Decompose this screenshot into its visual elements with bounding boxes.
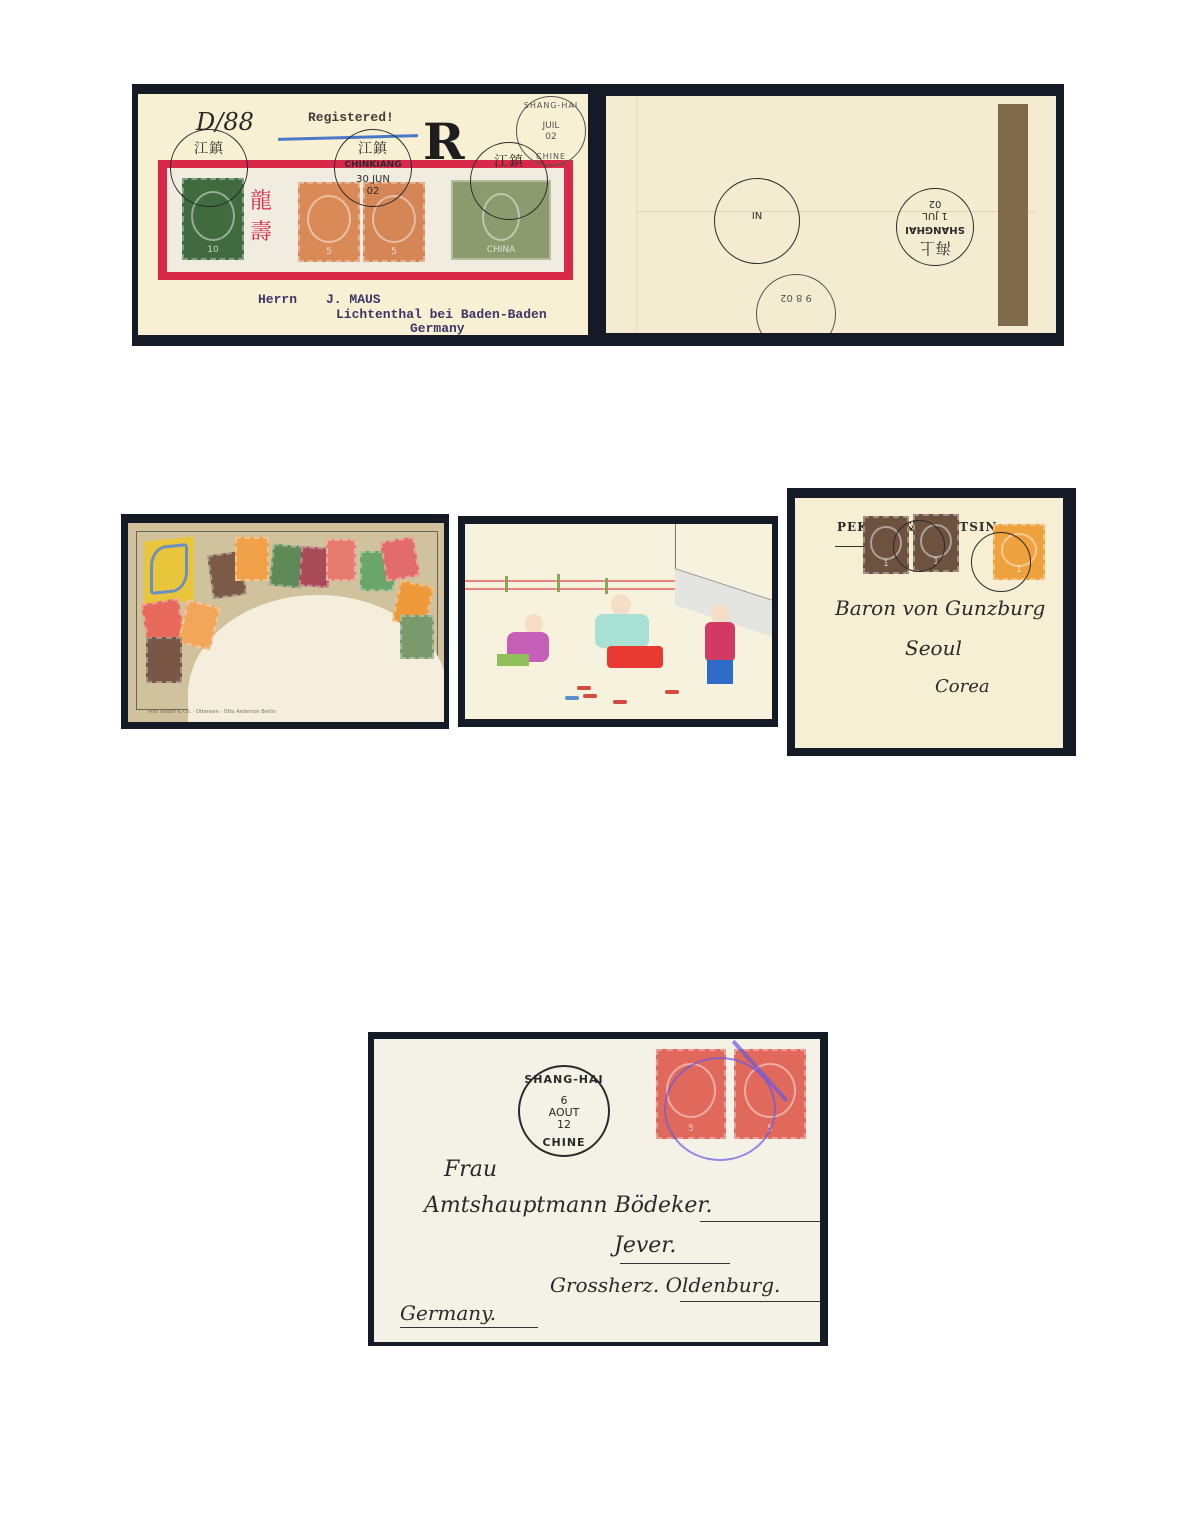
- shanghai-cover: 5 5 SHANG-HAI 6 AOUT 12 CHINE Frau Amtsh…: [374, 1039, 820, 1342]
- registered-cover-back: NI 海上 SHANGHAI 1 JUL 02 9 8 02: [606, 96, 1056, 333]
- game-piece: [583, 694, 597, 698]
- shanghai-cover-frame: 5 5 SHANG-HAI 6 AOUT 12 CHINE Frau Amtsh…: [368, 1032, 828, 1346]
- address-line1: Frau: [444, 1157, 497, 1182]
- child-standing-head: [711, 604, 729, 624]
- address-line5: Germany.: [400, 1301, 496, 1325]
- postcard-imprint: Max Weber & Co. · Ottensen · Otto Anders…: [148, 709, 276, 715]
- game-piece: [613, 700, 627, 704]
- fence-post-3: [605, 578, 608, 594]
- fold-line: [636, 211, 1036, 212]
- postmark-tientsin-left: [893, 520, 945, 572]
- underline-jever: [620, 1263, 730, 1264]
- child-kneeling-head: [525, 614, 543, 634]
- game-piece: [565, 696, 579, 700]
- child-kneeling: [493, 614, 563, 670]
- registered-cover-front: D/88 Registered! R 10 龍壽 5 5 CHINA 江鎮 江鎮…: [138, 94, 588, 335]
- game-piece: [577, 686, 591, 690]
- child-standing: [703, 604, 739, 704]
- stamp-postcard: Max Weber & Co. · Ottensen · Otto Anders…: [128, 523, 444, 722]
- postmark-shanghai-front: SHANG-HAI JUIL 02 CHINE: [516, 96, 586, 166]
- registered-label: Registered!: [308, 110, 394, 125]
- sealing-tape: [998, 104, 1028, 326]
- child-standing-legs: [707, 660, 733, 684]
- child-kicking-head: [611, 594, 631, 616]
- fence-rail-bottom: [465, 588, 675, 590]
- underline-oldenburg: [680, 1301, 820, 1302]
- postmark-chinkiang-center: 江鎮 CHINKIANG 30 JUN 02: [334, 129, 412, 207]
- child-kicking-body: [595, 614, 649, 648]
- child-standing-body: [705, 622, 735, 662]
- registered-cover-front-frame: D/88 Registered! R 10 龍壽 5 5 CHINA 江鎮 江鎮…: [132, 84, 598, 346]
- postmark-back-shanghai: 海上 SHANGHAI 1 JUL 02: [896, 188, 974, 266]
- child-kicking-legs: [607, 646, 663, 668]
- underline-germany: [400, 1327, 538, 1328]
- postmark-chinkiang-left: 江鎮: [170, 129, 248, 207]
- stamp-postcard-frame: Max Weber & Co. · Ottensen · Otto Anders…: [121, 514, 449, 729]
- postmark-back-bottom: 9 8 02: [756, 274, 836, 333]
- address-line1: Lichtenthal bei Baden-Baden: [336, 307, 547, 322]
- address-line3: Corea: [935, 676, 990, 697]
- address-line4: Grossherz. Oldenburg.: [550, 1273, 780, 1297]
- painted-postcard: [465, 524, 772, 719]
- card-stamp-5: [326, 539, 356, 581]
- card-stamp-2: [235, 537, 269, 581]
- fence-post-1: [505, 576, 508, 592]
- postmark-back-left: NI: [714, 178, 800, 264]
- address-salutation: Herrn: [258, 292, 297, 307]
- postmark-tientsin-right: [971, 532, 1031, 592]
- tientsin-cover: PEKING & TIENTSIN 1 1 1 Baron von Gunzbu…: [795, 498, 1063, 748]
- dragon-icon: [150, 543, 188, 595]
- child-kneeling-legs: [497, 654, 529, 666]
- fence-post-2: [557, 574, 560, 592]
- game-piece: [665, 690, 679, 694]
- card-stamp-7: [380, 536, 420, 581]
- address-line2: Amtshauptmann Bödeker.: [424, 1193, 713, 1218]
- painted-postcard-frame: [458, 516, 778, 727]
- postmark-shanghai: SHANG-HAI 6 AOUT 12 CHINE: [518, 1065, 610, 1157]
- address-name: J. MAUS: [326, 292, 381, 307]
- registered-cover-back-frame: NI 海上 SHANGHAI 1 JUL 02 9 8 02: [598, 84, 1064, 346]
- card-stamp-9: [400, 615, 434, 659]
- address-line1: Baron von Gunzburg: [835, 596, 1045, 620]
- left-flap-edge: [636, 96, 637, 333]
- tientsin-cover-frame: PEKING & TIENTSIN 1 1 1 Baron von Gunzbu…: [787, 488, 1076, 756]
- fence-rail-top: [465, 580, 675, 582]
- underline-bodeker: [700, 1221, 820, 1222]
- child-kicking: [583, 594, 673, 694]
- imperial-flag: [144, 536, 194, 605]
- address-line2: Germany: [410, 321, 465, 335]
- address-line2: Seoul: [905, 636, 962, 660]
- address-line3: Jever.: [614, 1233, 676, 1258]
- card-stamp-12: [146, 637, 182, 683]
- red-chinese-characters: 龍壽: [250, 184, 290, 254]
